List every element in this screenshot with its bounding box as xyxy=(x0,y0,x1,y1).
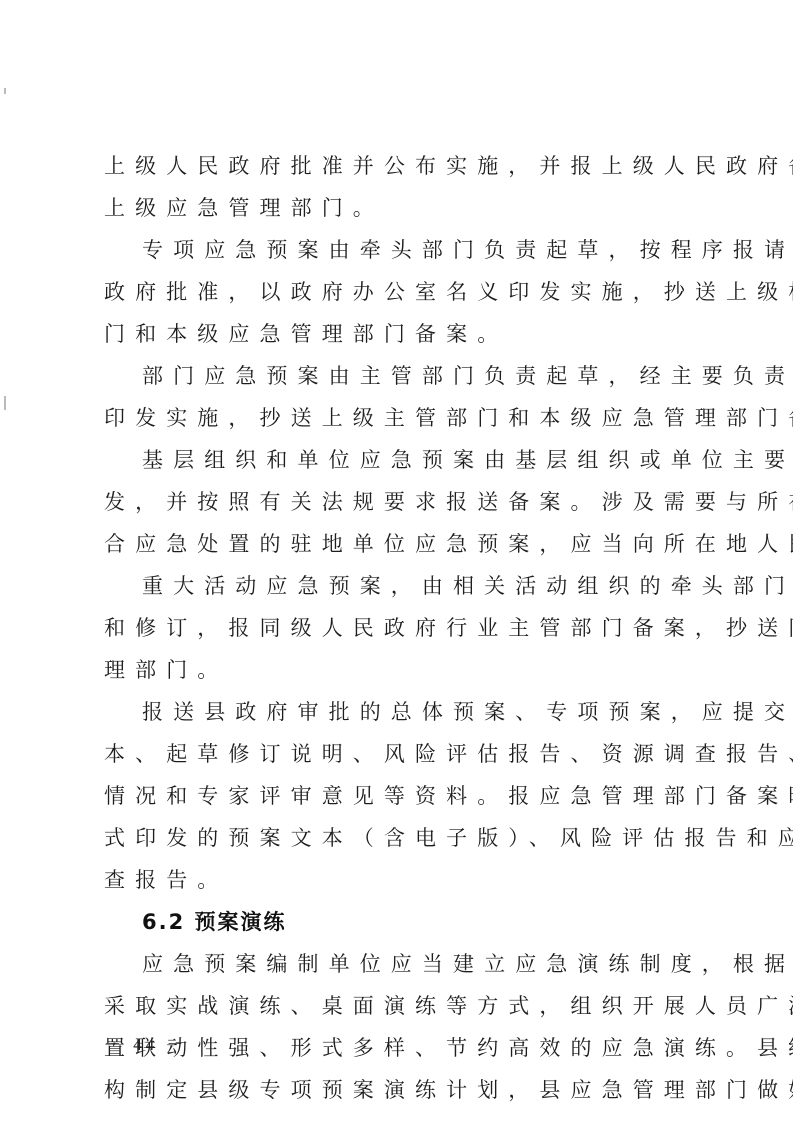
scan-margin-mark xyxy=(4,396,6,410)
paragraph-department-plan: 部门应急预案由主管部门负责起草，经主要负责同志批准 印发实施，抄送上级主管部门和… xyxy=(104,355,704,439)
text-line: 置联动性强、形式多样、节约高效的应急演练。县级各专项机 xyxy=(104,1027,704,1069)
text-line: 发，并按照有关法规要求报送备案。涉及需要与所在地政府联 xyxy=(104,481,704,523)
section-heading: 6.2 预案演练 xyxy=(104,901,704,943)
text-line: 理部门。 xyxy=(104,649,704,691)
text-line: 式印发的预案文本（含电子版）、风险评估报告和应急资源调 xyxy=(104,817,704,859)
text-line: 专项应急预案由牵头部门负责起草，按程序报请本级人民 xyxy=(104,229,704,271)
scan-margin-mark xyxy=(4,88,6,94)
paragraph-special-plan: 专项应急预案由牵头部门负责起草，按程序报请本级人民 政府批准，以政府办公室名义印… xyxy=(104,229,704,355)
text-line: 和修订，报同级人民政府行业主管部门备案，抄送同级应急管 xyxy=(104,607,704,649)
page-number: － 44 － xyxy=(104,1030,188,1055)
text-line: 采取实战演练、桌面演练等方式，组织开展人员广泛参与、处 xyxy=(104,985,704,1027)
text-line: 部门应急预案由主管部门负责起草，经主要负责同志批准 xyxy=(104,355,704,397)
text-line: 门和本级应急管理部门备案。 xyxy=(104,313,704,355)
paragraph-drill: 应急预案编制单位应当建立应急演练制度，根据实际情况 采取实战演练、桌面演练等方式… xyxy=(104,943,704,1111)
text-line: 上级人民政府批准并公布实施，并报上级人民政府备案，抄送 xyxy=(104,145,704,187)
paragraph-submission-materials: 报送县政府审批的总体预案、专项预案，应提交预案文 本、起草修订说明、风险评估报告… xyxy=(104,691,704,901)
paragraph-continued: 上级人民政府批准并公布实施，并报上级人民政府备案，抄送 上级应急管理部门。 xyxy=(104,145,704,229)
document-body: 上级人民政府批准并公布实施，并报上级人民政府备案，抄送 上级应急管理部门。 专项… xyxy=(104,145,704,1111)
text-line: 重大活动应急预案，由相关活动组织的牵头部门负责编制 xyxy=(104,565,704,607)
text-line: 查报告。 xyxy=(104,859,704,901)
text-line: 报送县政府审批的总体预案、专项预案，应提交预案文 xyxy=(104,691,704,733)
text-line: 构制定县级专项预案演练计划，县应急管理部门做好指导有关 xyxy=(104,1069,704,1111)
text-line: 基层组织和单位应急预案由基层组织或单位主要负责人签 xyxy=(104,439,704,481)
document-page: 上级人民政府批准并公布实施，并报上级人民政府备案，抄送 上级应急管理部门。 专项… xyxy=(0,0,793,1122)
text-line: 政府批准，以政府办公室名义印发实施，抄送上级相关主管部 xyxy=(104,271,704,313)
text-line: 合应急处置的驻地单位应急预案，应当向所在地人民政府备案。 xyxy=(104,523,704,565)
text-line: 应急预案编制单位应当建立应急演练制度，根据实际情况 xyxy=(104,943,704,985)
text-line: 印发实施，抄送上级主管部门和本级应急管理部门备案。 xyxy=(104,397,704,439)
text-line: 本、起草修订说明、风险评估报告、资源调查报告、征求意见 xyxy=(104,733,704,775)
paragraph-grassroots-plan: 基层组织和单位应急预案由基层组织或单位主要负责人签 发，并按照有关法规要求报送备… xyxy=(104,439,704,565)
paragraph-major-event-plan: 重大活动应急预案，由相关活动组织的牵头部门负责编制 和修订，报同级人民政府行业主… xyxy=(104,565,704,691)
text-line: 上级应急管理部门。 xyxy=(104,187,704,229)
text-line: 情况和专家评审意见等资料。报应急管理部门备案时应提交正 xyxy=(104,775,704,817)
